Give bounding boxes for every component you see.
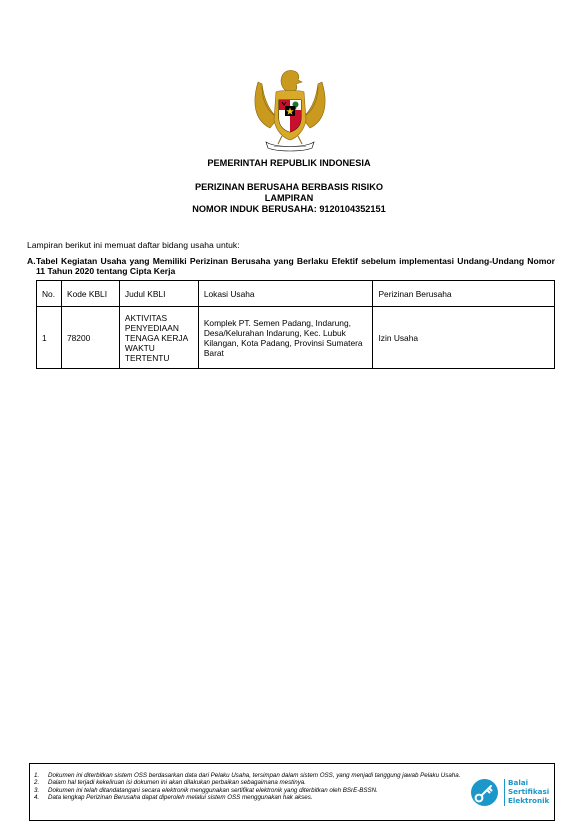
document-title: PERIZINAN BERUSAHA BERBASIS RISIKO xyxy=(0,182,578,193)
header-judul-kbli: Judul KBLI xyxy=(119,281,198,307)
nib-number: NOMOR INDUK BERUSAHA: 9120104352151 xyxy=(0,204,578,215)
footer-note: 4.Data lengkap Perizinan Berusaha dapat … xyxy=(34,794,474,801)
footer-notes-box: 1.Dokumen ini diterbitkan sistem OSS ber… xyxy=(29,763,555,821)
footer-note: 3.Dokumen ini telah ditandatangani secar… xyxy=(34,787,474,794)
cell-no: 1 xyxy=(37,307,62,369)
table-row: 1 78200 AKTIVITAS PENYEDIAAN TENAGA KERJ… xyxy=(37,307,555,369)
section-title: Tabel Kegiatan Usaha yang Memiliki Periz… xyxy=(27,257,555,276)
bsre-divider xyxy=(504,779,505,806)
section-a-heading: A. Tabel Kegiatan Usaha yang Memiliki Pe… xyxy=(27,257,555,276)
kbli-table: No. Kode KBLI Judul KBLI Lokasi Usaha Pe… xyxy=(36,280,555,369)
header-perizinan-berusaha: Perizinan Berusaha xyxy=(373,281,555,307)
document-subtitle: LAMPIRAN xyxy=(0,193,578,204)
header-kode-kbli: Kode KBLI xyxy=(61,281,119,307)
footer-note: 1.Dokumen ini diterbitkan sistem OSS ber… xyxy=(34,772,474,779)
footer-notes-list: 1.Dokumen ini diterbitkan sistem OSS ber… xyxy=(34,772,474,802)
bsre-logo: Balai Sertifikasi Elektronik xyxy=(471,777,551,809)
section-marker: A. xyxy=(27,257,36,267)
bsre-key-icon xyxy=(471,779,498,806)
intro-text: Lampiran berikut ini memuat daftar bidan… xyxy=(27,240,240,250)
header-no: No. xyxy=(37,281,62,307)
cell-kode-kbli: 78200 xyxy=(61,307,119,369)
government-name: PEMERINTAH REPUBLIK INDONESIA xyxy=(0,158,578,169)
header-lokasi-usaha: Lokasi Usaha xyxy=(198,281,373,307)
cell-judul-kbli: AKTIVITAS PENYEDIAAN TENAGA KERJA WAKTU … xyxy=(119,307,198,369)
cell-lokasi-usaha: Komplek PT. Semen Padang, Indarung, Desa… xyxy=(198,307,373,369)
cell-perizinan-berusaha: Izin Usaha xyxy=(373,307,555,369)
bsre-wordmark: Balai Sertifikasi Elektronik xyxy=(508,778,549,805)
garuda-emblem-icon xyxy=(248,62,332,154)
table-header-row: No. Kode KBLI Judul KBLI Lokasi Usaha Pe… xyxy=(37,281,555,307)
footer-note: 2.Dalam hal terjadi kekeliruan isi dokum… xyxy=(34,779,474,786)
